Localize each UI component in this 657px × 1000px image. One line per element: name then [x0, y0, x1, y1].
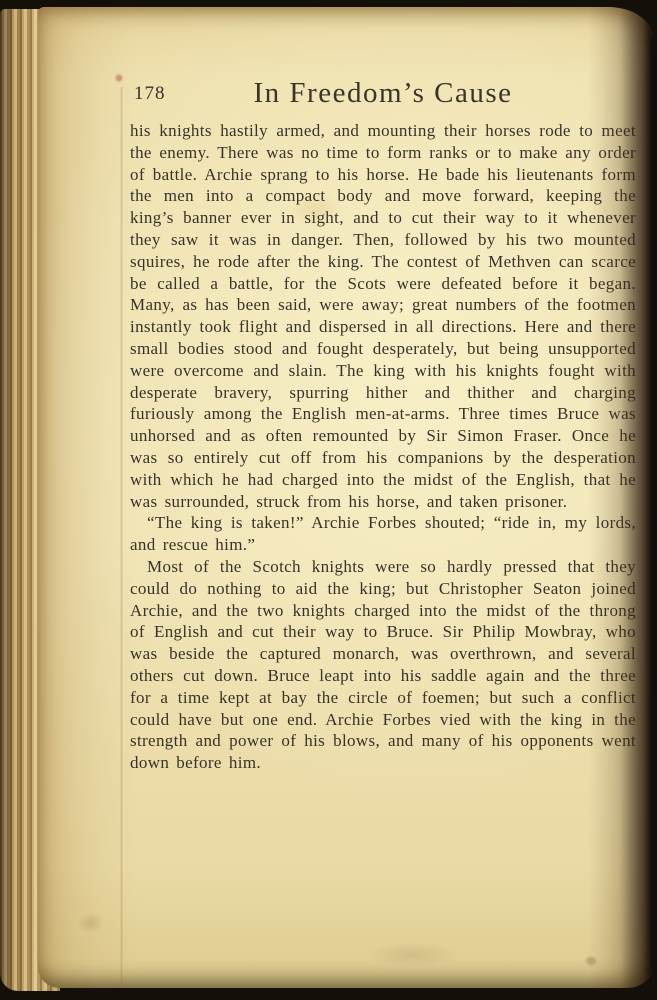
- paragraph: his knights hastily armed, and mounting …: [130, 120, 636, 512]
- page-body: his knights hastily armed, and mounting …: [130, 120, 636, 774]
- page-fold-line: [120, 87, 123, 982]
- page-title: In Freedom’s Cause: [130, 77, 636, 110]
- paragraph: “The king is taken!” Archie Forbes shout…: [130, 512, 636, 556]
- gutter-shadow: [588, 7, 652, 988]
- page-content: 178 In Freedom’s Cause his knights hasti…: [130, 7, 636, 113]
- paragraph: Most of the Scotch knights were so hardl…: [130, 556, 636, 774]
- paper-stain: [368, 942, 458, 968]
- paper-stain: [78, 912, 104, 934]
- paper-stain: [116, 75, 122, 81]
- book-page: 178 In Freedom’s Cause his knights hasti…: [38, 7, 652, 988]
- page-header: 178 In Freedom’s Cause: [130, 7, 636, 113]
